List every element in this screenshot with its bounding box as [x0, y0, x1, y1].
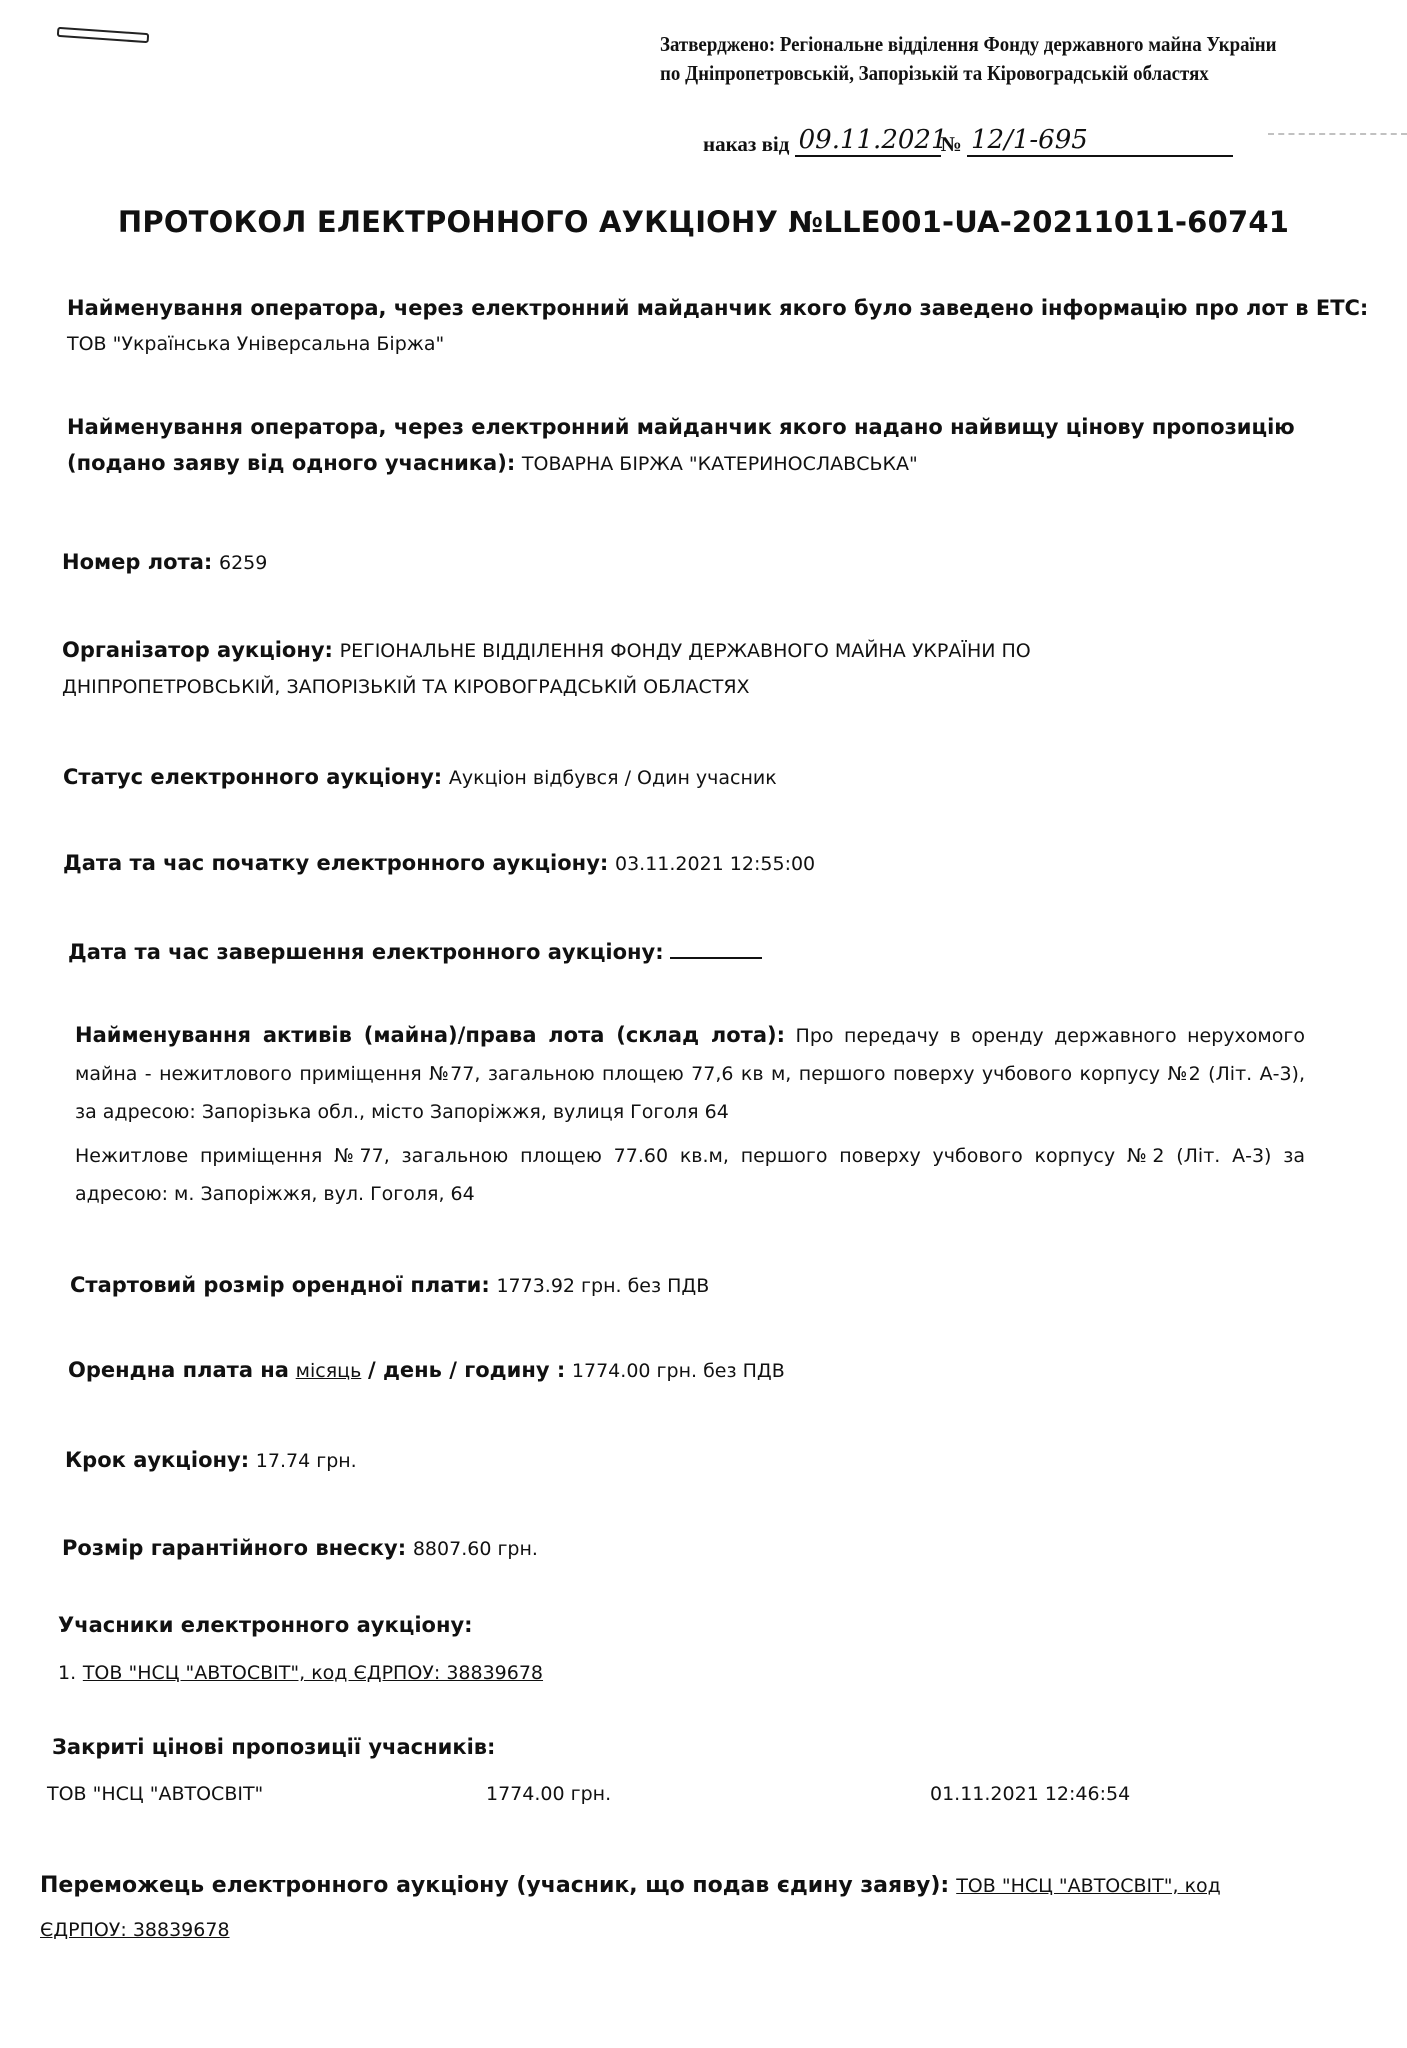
field-label: Дата та час початку електронного аукціон… — [63, 851, 608, 875]
field-status: Статус електронного аукціону: Аукціон ві… — [63, 759, 777, 796]
field-label: Орендна плата на — [68, 1358, 289, 1382]
field-lot-number: Номер лота: 6259 — [62, 544, 267, 581]
bid-datetime: 01.11.2021 12:46:54 — [930, 1776, 1130, 1812]
bid-participant: ТОВ "НСЦ "АВТОСВІТ" — [47, 1776, 263, 1812]
field-organizer: Організатор аукціону: РЕГІОНАЛЬНЕ ВІДДІЛ… — [62, 632, 1031, 705]
field-label: Організатор аукціону: — [62, 638, 333, 662]
bids-heading: Закриті цінові пропозиції учасників: — [52, 1729, 495, 1765]
field-label: Найменування оператора, через електронни… — [67, 409, 1295, 445]
field-value: 6259 — [219, 552, 267, 574]
blank-line — [670, 937, 762, 959]
field-start-rent: Стартовий розмір орендної плати: 1773.92… — [70, 1267, 709, 1304]
field-lot-assets: Найменування активів (майна)/права лота … — [75, 1016, 1305, 1213]
winner-value: ТОВ "НСЦ "АВТОСВІТ", код — [956, 1875, 1221, 1897]
field-guarantee: Розмір гарантійного внеску: 8807.60 грн. — [62, 1530, 538, 1567]
participant-name: ТОВ "НСЦ "АВТОСВІТ", код ЄДРПОУ: 3883967… — [83, 1662, 543, 1684]
field-label: (подано заяву від одного учасника): — [67, 451, 515, 475]
order-line: наказ від 09.11.2021№ 12/1-695 — [703, 125, 1233, 157]
winner-section: Переможець електронного аукціону (учасни… — [40, 1864, 1270, 1952]
field-auction-step: Крок аукціону: 17.74 грн. — [65, 1442, 357, 1479]
field-rent: Орендна плата на місяць / день / годину … — [68, 1352, 785, 1389]
field-value: 8807.60 грн. — [413, 1538, 538, 1560]
winner-label: Переможець електронного аукціону (учасни… — [40, 1873, 949, 1898]
field-label: / день / годину : — [368, 1358, 565, 1382]
field-value: РЕГІОНАЛЬНЕ ВІДДІЛЕННЯ ФОНДУ ДЕРЖАВНОГО … — [340, 640, 1031, 662]
participant-item: 1. ТОВ "НСЦ "АВТОСВІТ", код ЄДРПОУ: 3883… — [58, 1654, 543, 1691]
field-operator-bid: Найменування оператора, через електронни… — [67, 409, 1295, 482]
field-value: 1774.00 грн. без ПДВ — [572, 1360, 785, 1382]
order-number-sign: № — [941, 132, 962, 156]
participant-index: 1. — [58, 1662, 76, 1684]
order-date-field: 09.11.2021 — [795, 125, 941, 157]
field-label: Найменування активів (майна)/права лота … — [75, 1023, 785, 1047]
winner-value: ЄДРПОУ: 38839678 — [40, 1908, 1270, 1952]
field-label: Крок аукціону: — [65, 1448, 249, 1472]
field-label: Найменування оператора, через електронни… — [67, 290, 1368, 326]
scan-artifact-line — [1268, 133, 1407, 135]
field-start-datetime: Дата та час початку електронного аукціон… — [63, 845, 815, 882]
participants-section: Учасники електронного аукціону: 1. ТОВ "… — [58, 1607, 543, 1691]
field-operator-ets: Найменування оператора, через електронни… — [67, 290, 1368, 362]
field-value: ТОВАРНА БІРЖА "КАТЕРИНОСЛАВСЬКА" — [522, 453, 918, 475]
field-value: 1773.92 грн. без ПДВ — [496, 1275, 709, 1297]
field-end-datetime: Дата та час завершення електронного аукц… — [68, 934, 762, 970]
approval-header: Затверджено: Регіональне відділення Фонд… — [660, 30, 1290, 88]
field-label: Дата та час завершення електронного аукц… — [68, 940, 664, 964]
field-value: 17.74 грн. — [256, 1450, 357, 1472]
order-number-field: 12/1-695 — [967, 125, 1233, 157]
document-title: ПРОТОКОЛ ЕЛЕКТРОННОГО АУКЦІОНУ №LLE001-U… — [0, 205, 1407, 239]
field-value: Нежитлове приміщення №77, загальною площ… — [75, 1137, 1305, 1213]
field-label: Номер лота: — [62, 550, 212, 574]
bid-amount: 1774.00 грн. — [486, 1776, 611, 1812]
scan-mark — [57, 27, 149, 43]
field-label: Статус електронного аукціону: — [63, 765, 442, 789]
field-value: 03.11.2021 12:55:00 — [615, 853, 815, 875]
field-label: Стартовий розмір орендної плати: — [70, 1273, 490, 1297]
status-value: Аукціон відбувся / Один учасник — [449, 767, 777, 789]
field-value: ТОВ "Українська Універсальна Біржа" — [67, 326, 1368, 362]
field-label: Розмір гарантійного внеску: — [62, 1536, 406, 1560]
field-value: ДНІПРОПЕТРОВСЬКІЙ, ЗАПОРІЗЬКІЙ ТА КІРОВО… — [62, 669, 1031, 705]
rent-period-selected: місяць — [296, 1360, 362, 1382]
order-label: наказ від — [703, 132, 789, 156]
participants-heading: Учасники електронного аукціону: — [58, 1607, 543, 1643]
